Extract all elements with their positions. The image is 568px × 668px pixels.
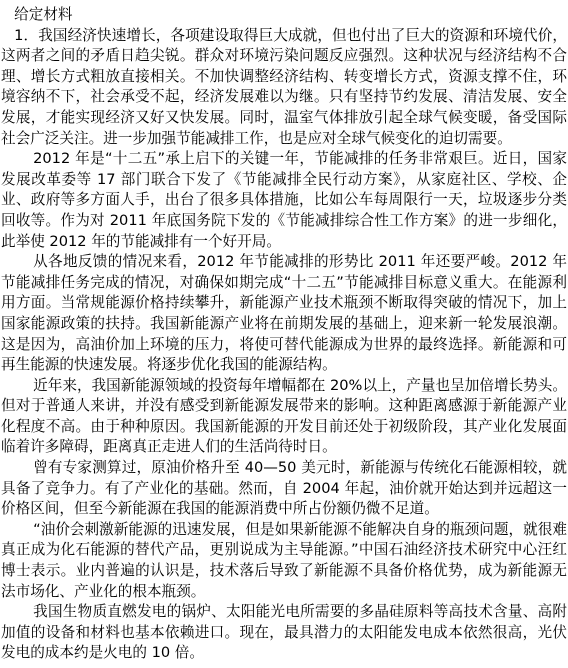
material-paragraph-1: 1．我国经济快速增长，各项建设取得巨大成就，但也付出了巨大的资源和环境代价，这两… [1,26,567,150]
material-paragraph-7: 我国生物质直燃发电的锅炉、太阳能光电所需要的多晶硅原料等高技术含量、高附加值的设… [1,602,567,664]
document-page: 给定材料 1．我国经济快速增长，各项建设取得巨大成就，但也付出了巨大的资源和环境… [0,0,568,668]
material-paragraph-3: 从各地反馈的情况来看，2012 年节能减排的形势比 2011 年还要严峻。201… [1,252,567,376]
document-title: 给定材料 [1,5,567,26]
material-paragraph-4: 近年来，我国新能源领域的投资每年增幅都在 20%以上，产量也呈加倍增长势头。但对… [1,376,567,458]
material-paragraph-2: 2012 年是“十二五”承上启下的关键一年，节能减排的任务非常艰巨。近日，国家发… [1,149,567,252]
material-paragraph-5: 曾有专家测算过，原油价格升至 40—50 美元时，新能源与传统化石能源相较，就具… [1,458,567,520]
material-paragraph-6: “油价会刺激新能源的迅速发展，但是如果新能源不能解决自身的瓶颈问题，就很难真正成… [1,520,567,602]
